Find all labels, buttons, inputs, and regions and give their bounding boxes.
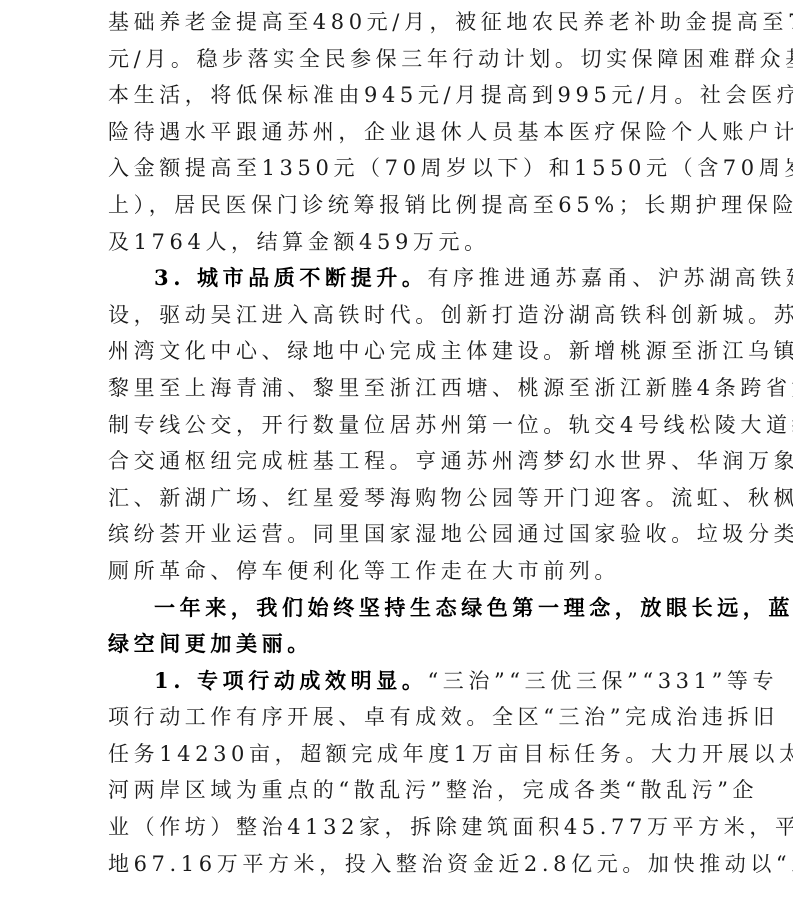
text-line: 险待遇水平跟通苏州，企业退休人员基本医疗保险个人账户计 [108, 114, 690, 151]
text-run: “三治”“三优三保”“331”等专 [427, 669, 778, 693]
text-line: 元/月。稳步落实全民参保三年行动计划。切实保障困难群众基 [108, 41, 690, 78]
bold-text-line: 一年来，我们始终坚持生态绿色第一理念，放眼长远，蓝 [108, 590, 690, 627]
text-line: 基础养老金提高至480元/月，被征地农民养老补助金提高至792 [108, 4, 690, 41]
paragraph-social-security: 基础养老金提高至480元/月，被征地农民养老补助金提高至792 元/月。稳步落实… [108, 4, 690, 260]
text-line: 入金额提高至1350元（70周岁以下）和1550元（含70周岁及以 [108, 150, 690, 187]
text-line: 本生活，将低保标准由945元/月提高到995元/月。社会医疗保 [108, 77, 690, 114]
text-line: 上），居民医保门诊统筹报销比例提高至65%；长期护理保险惠 [108, 187, 690, 224]
text-line: 制专线公交，开行数量位居苏州第一位。轨交4号线松陵大道综 [108, 407, 690, 444]
text-line: 设，驱动吴江进入高铁时代。创新打造汾湖高铁科创新城。苏 [108, 297, 690, 334]
text-line: 合交通枢纽完成桩基工程。亨通苏州湾梦幻水世界、华润万象 [108, 443, 690, 480]
text-line: 地67.16万平方米，投入整治资金近2.8亿元。加快推动以“三 [108, 846, 690, 883]
text-line: 业（作坊）整治4132家，拆除建筑面积45.77万平方米，平整土 [108, 809, 690, 846]
paragraph-ecology-summary: 一年来，我们始终坚持生态绿色第一理念，放眼长远，蓝 绿空间更加美丽。 [108, 590, 690, 663]
text-line: 州湾文化中心、绿地中心完成主体建设。新增桃源至浙江乌镇、 [108, 333, 690, 370]
section-heading: 3. 城市品质不断提升。 [154, 265, 427, 290]
text-line: 及1764人，结算金额459万元。 [108, 224, 690, 261]
text-line: 项行动工作有序开展、卓有成效。全区“三治”完成治违拆旧 [108, 699, 690, 736]
text-line: 河两岸区域为重点的“散乱污”整治，完成各类“散乱污”企 [108, 772, 690, 809]
paragraph-special-actions: 1. 专项行动成效明显。“三治”“三优三保”“331”等专 项行动工作有序开展、… [108, 663, 690, 883]
section-heading: 1. 专项行动成效明显。 [154, 668, 427, 693]
text-run: 有序推进通苏嘉甬、沪苏湖高铁建 [427, 266, 793, 290]
text-line: 厕所革命、停车便利化等工作走在大市前列。 [108, 553, 690, 590]
text-line: 黎里至上海青浦、黎里至浙江西塘、桃源至浙江新塍4条跨省定 [108, 370, 690, 407]
text-line: 3. 城市品质不断提升。有序推进通苏嘉甬、沪苏湖高铁建 [108, 260, 690, 297]
document-page: 基础养老金提高至480元/月，被征地农民养老补助金提高至792 元/月。稳步落实… [108, 4, 690, 882]
bold-text-line: 绿空间更加美丽。 [108, 626, 690, 663]
text-line: 1. 专项行动成效明显。“三治”“三优三保”“331”等专 [108, 663, 690, 700]
text-line: 任务14230亩，超额完成年度1万亩目标任务。大力开展以太浦 [108, 736, 690, 773]
text-line: 汇、新湖广场、红星爱琴海购物公园等开门迎客。流虹、秋枫 [108, 480, 690, 517]
text-line: 缤纷荟开业运营。同里国家湿地公园通过国家验收。垃圾分类、 [108, 516, 690, 553]
paragraph-city-quality: 3. 城市品质不断提升。有序推进通苏嘉甬、沪苏湖高铁建 设，驱动吴江进入高铁时代… [108, 260, 690, 589]
